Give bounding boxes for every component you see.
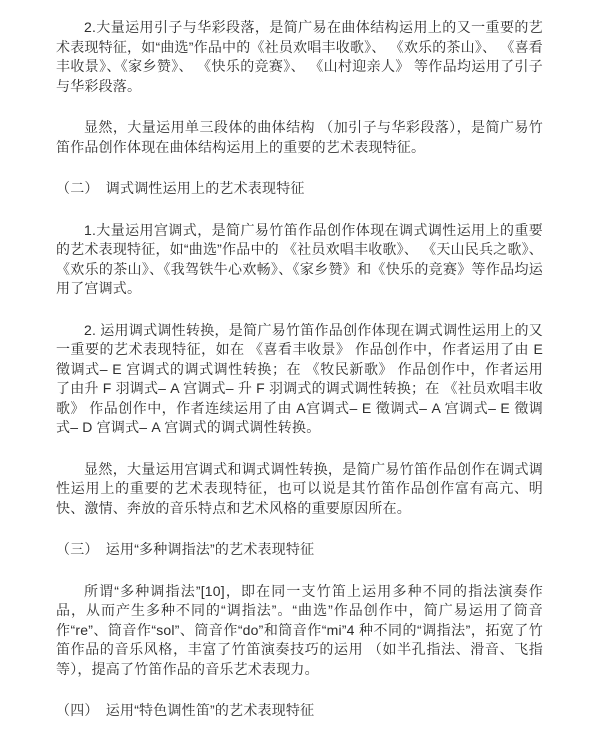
- section-heading-4: （四） 运用“特色调性笛”的艺术表现特征: [56, 701, 543, 721]
- paragraph-mode-transition: 2. 运用调式调性转换，是简广易竹笛作品创作体现在调式调性运用上的又一重要的艺术…: [56, 321, 543, 438]
- paragraph-mode-summary: 显然，大量运用宫调式和调式调性转换，是简广易竹笛作品创作在调式调性运用上的重要的…: [56, 460, 543, 519]
- section-heading-3: （三） 运用“多种调指法”的艺术表现特征: [56, 540, 543, 560]
- paragraph-gong-mode: 1.大量运用宫调式，是简广易竹笛作品创作体现在调式调性运用上的重要的艺术表现特征…: [56, 221, 543, 299]
- paragraph-quti-summary: 显然，大量运用单三段体的曲体结构 （加引子与华彩段落），是简广易竹笛作品创作体现…: [56, 118, 543, 157]
- paragraph-huacai-intro: 2.大量运用引子与华彩段落，是简广易在曲体结构运用上的又一重要的艺术表现特征，如…: [56, 18, 543, 96]
- section-heading-2: （二） 调式调性运用上的艺术表现特征: [56, 179, 543, 199]
- paragraph-fingering: 所谓“多种调指法”[10]，即在同一支竹笛上运用多种不同的指法演奏作品，从而产生…: [56, 582, 543, 680]
- document-page: 2.大量运用引子与华彩段落，是简广易在曲体结构运用上的又一重要的艺术表现特征，如…: [0, 0, 600, 729]
